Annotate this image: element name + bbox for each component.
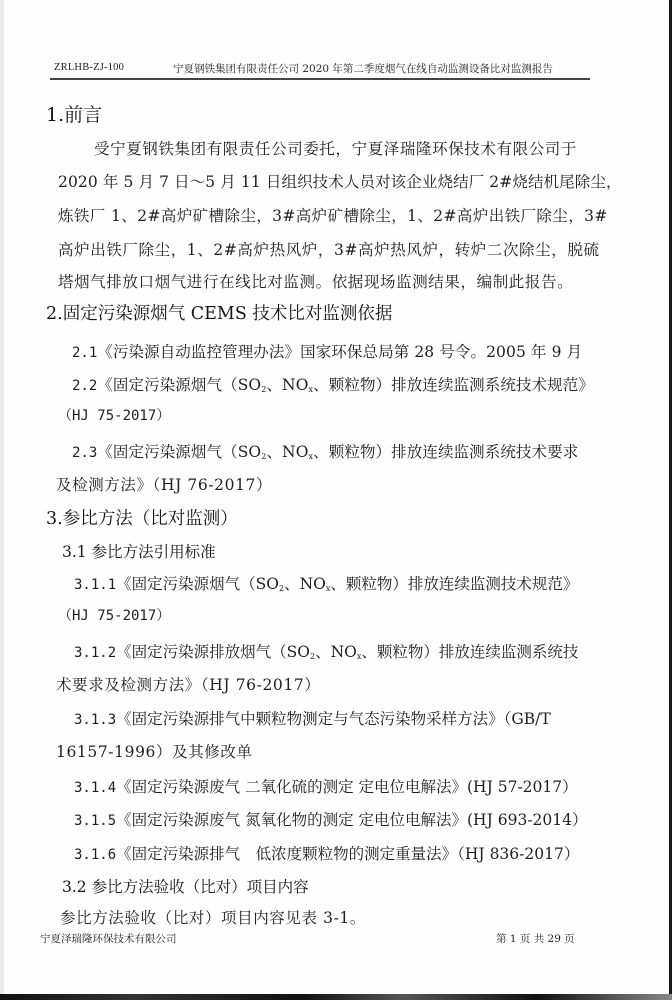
section-2-heading: 2.固定污染源烟气 CEMS 技术比对监测依据 bbox=[46, 300, 392, 325]
s1-para-line-3: 炼铁厂 1、2#高炉矿槽除尘，3#高炉矿槽除尘，1、2#高炉出铁厂除尘，3# bbox=[58, 204, 608, 226]
s1-para-line-2: 2020 年 5 月 7 日～5 月 11 日组织技术人员对该企业烧结厂 2#烧… bbox=[58, 170, 622, 192]
ref-3-1-5: 3.1.5《固定污染源废气 氮氧化物的测定 定电位电解法》(HJ 693-201… bbox=[74, 808, 588, 830]
ref-2-1: 2.1《污染源自动监控管理办法》国家环保总局第 28 号令。2005 年 9 月 bbox=[72, 340, 582, 362]
s1-para-line-4: 高炉出铁厂除尘，1、2#高炉热风炉，3#高炉热风炉，转炉二次除尘，脱硫 bbox=[58, 238, 600, 260]
ref-3-1-4: 3.1.4《固定污染源废气 二氧化硫的测定 定电位电解法》(HJ 57-2017… bbox=[74, 775, 578, 797]
ref-3-1-6: 3.1.6《固定污染源排气 低浓度颗粒物的测定重量法》（HJ 836-2017） bbox=[74, 842, 579, 864]
section-1-heading: 1.前言 bbox=[46, 100, 102, 127]
s3-2-paragraph: 参比方法验收（比对）项目内容见表 3-1。 bbox=[60, 906, 366, 928]
section-3-heading: 3.参比方法（比对监测） bbox=[46, 505, 238, 530]
header-rule bbox=[50, 78, 590, 80]
ref-2-3: 2.3《固定污染源烟气（SO2、NOx、颗粒物）排放连续监测系统技术要求 bbox=[72, 440, 578, 462]
ref-2-2-cont: （HJ 75-2017） bbox=[58, 405, 170, 425]
ref-3-1-3: 3.1.3《固定污染源排气中颗粒物测定与气态污染物采样方法》（GB/T bbox=[74, 707, 551, 729]
ref-3-1-3-cont: 16157-1996）及其修改单 bbox=[56, 740, 253, 762]
report-title: 宁夏钢铁集团有限责任公司 2020 年第二季度烟气在线自动监测设备比对监测报告 bbox=[173, 61, 553, 76]
ref-2-2: 2.2《固定污染源烟气（SO2、NOx、颗粒物）排放连续监测系统技术规范》 bbox=[72, 373, 594, 395]
ref-2-3-cont: 及检测方法》（HJ 76-2017） bbox=[56, 473, 272, 495]
section-3-1-heading: 3.1 参比方法引用标准 bbox=[62, 540, 216, 562]
scan-left-edge bbox=[0, 0, 4, 1000]
ref-3-1-2: 3.1.2《固定污染源排放烟气（SO2、NOx、颗粒物）排放连续监测系统技 bbox=[74, 640, 578, 662]
footer-company: 宁夏泽瑞隆环保技术有限公司 bbox=[40, 931, 177, 946]
doc-code: ZRLHB-ZJ-100 bbox=[54, 62, 124, 73]
s1-para-line-1: 受宁夏钢铁集团有限责任公司委托，宁夏泽瑞隆环保技术有限公司于 bbox=[94, 137, 577, 159]
ref-3-1-1: 3.1.1《固定污染源烟气（SO2、NOx、颗粒物）排放连续监测技术规范》 bbox=[74, 572, 578, 594]
scan-bottom-shadow bbox=[0, 994, 672, 1000]
footer-page-info: 第 1 页 共 29 页 bbox=[496, 931, 575, 946]
s1-para-line-5: 塔烟气排放口烟气进行在线比对监测。依据现场监测结果，编制此报告。 bbox=[58, 270, 573, 292]
running-header: ZRLHB-ZJ-100 宁夏钢铁集团有限责任公司 2020 年第二季度烟气在线… bbox=[52, 60, 588, 78]
ref-3-1-1-cont: （HJ 75-2017） bbox=[58, 605, 170, 625]
section-3-2-heading: 3.2 参比方法验收（比对）项目内容 bbox=[62, 875, 309, 897]
document-page: ZRLHB-ZJ-100 宁夏钢铁集团有限责任公司 2020 年第二季度烟气在线… bbox=[0, 0, 672, 1000]
ref-3-1-2-cont: 术要求及检测方法》（HJ 76-2017） bbox=[56, 673, 320, 695]
